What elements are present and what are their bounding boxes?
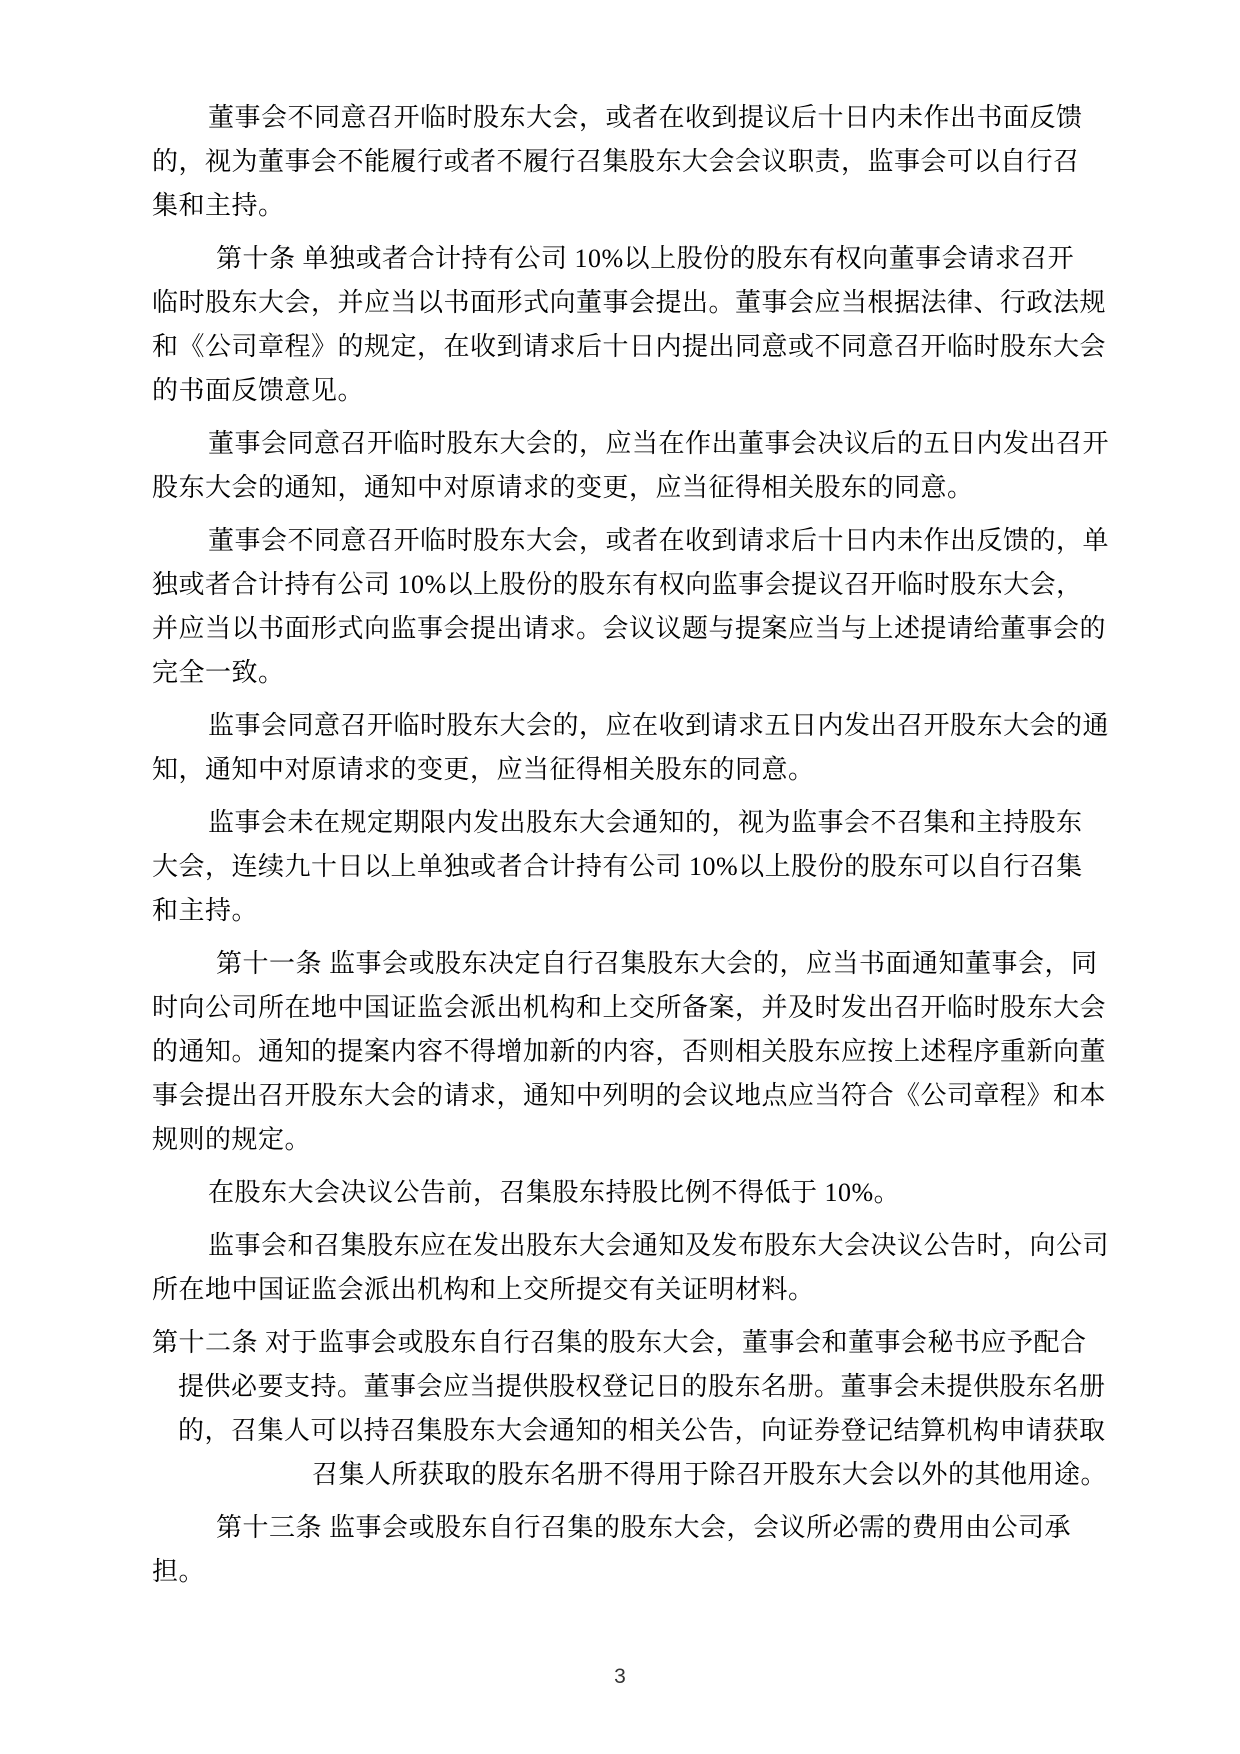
text-line: 担。 [152, 1550, 1096, 1594]
para-board-refuses-shareholders-propose: 董事会不同意召开临时股东大会，或者在收到请求后十日内未作出反馈的，单独或者合计持… [152, 519, 1096, 695]
text-line: 召集人所获取的股东名册不得用于除召开股东大会以外的其他用途。 [152, 1453, 1096, 1497]
para-board-agrees-notice: 董事会同意召开临时股东大会的，应当在作出董事会决议后的五日内发出召开股东大会的通… [152, 422, 1096, 510]
text-line: 监事会和召集股东应在发出股东大会通知及发布股东大会决议公告时，向公司 [152, 1224, 1096, 1268]
para-supervisors-fail-shareholders-convene: 监事会未在规定期限内发出股东大会通知的，视为监事会不召集和主持股东大会，连续九十… [152, 801, 1096, 933]
text-line: 完全一致。 [152, 651, 1096, 695]
text-line: 事会提出召开股东大会的请求，通知中列明的会议地点应当符合《公司章程》和本 [152, 1074, 1096, 1118]
text-line: 并应当以书面形式向监事会提出请求。会议议题与提案应当与上述提请给董事会的 [152, 607, 1096, 651]
para-clause-13: 第十三条 监事会或股东自行召集的股东大会，会议所必需的费用由公司承担。 [152, 1506, 1096, 1594]
para-clause-11: 第十一条 监事会或股东决定自行召集股东大会的，应当书面通知董事会，同时向公司所在… [152, 942, 1096, 1162]
text-line: 和《公司章程》的规定，在收到请求后十日内提出同意或不同意召开临时股东大会 [152, 325, 1096, 369]
text-line: 的，召集人可以持召集股东大会通知的相关公告，向证券登记结算机构申请获取 [152, 1409, 1096, 1453]
text-line: 的通知。通知的提案内容不得增加新的内容，否则相关股东应按上述程序重新向董 [152, 1030, 1096, 1074]
para-holding-ratio-before-announcement: 在股东大会决议公告前，召集股东持股比例不得低于 10%。 [152, 1171, 1096, 1215]
text-line: 第十二条 对于监事会或股东自行召集的股东大会，董事会和董事会秘书应予配合 [152, 1321, 1096, 1365]
text-line: 的书面反馈意见。 [152, 369, 1096, 413]
para-board-refusal-supervisors-convene: 董事会不同意召开临时股东大会，或者在收到提议后十日内未作出书面反馈的，视为董事会… [152, 96, 1096, 228]
text-line: 知，通知中对原请求的变更，应当征得相关股东的同意。 [152, 748, 1096, 792]
text-line: 独或者合计持有公司 10%以上股份的股东有权向监事会提议召开临时股东大会， [152, 563, 1096, 607]
para-submit-proof-materials: 监事会和召集股东应在发出股东大会通知及发布股东大会决议公告时，向公司所在地中国证… [152, 1224, 1096, 1312]
text-line: 第十条 单独或者合计持有公司 10%以上股份的股东有权向董事会请求召开 [152, 237, 1096, 281]
text-line: 董事会同意召开临时股东大会的，应当在作出董事会决议后的五日内发出召开 [152, 422, 1096, 466]
text-line: 规则的规定。 [152, 1118, 1096, 1162]
text-line: 监事会同意召开临时股东大会的，应在收到请求五日内发出召开股东大会的通 [152, 704, 1096, 748]
text-line: 大会，连续九十日以上单独或者合计持有公司 10%以上股份的股东可以自行召集 [152, 845, 1096, 889]
text-line: 时向公司所在地中国证监会派出机构和上交所备案，并及时发出召开临时股东大会 [152, 986, 1096, 1030]
text-line: 第十一条 监事会或股东决定自行召集股东大会的，应当书面通知董事会，同 [152, 942, 1096, 986]
text-line: 在股东大会决议公告前，召集股东持股比例不得低于 10%。 [152, 1171, 1096, 1215]
document-body: 董事会不同意召开临时股东大会，或者在收到提议后十日内未作出书面反馈的，视为董事会… [152, 96, 1096, 1594]
text-line: 第十三条 监事会或股东自行召集的股东大会，会议所必需的费用由公司承 [152, 1506, 1096, 1550]
text-line: 所在地中国证监会派出机构和上交所提交有关证明材料。 [152, 1268, 1096, 1312]
text-line: 和主持。 [152, 889, 1096, 933]
text-line: 的，视为董事会不能履行或者不履行召集股东大会会议职责，监事会可以自行召 [152, 140, 1096, 184]
page-number: 3 [614, 1665, 626, 1688]
text-line: 提供必要支持。董事会应当提供股权登记日的股东名册。董事会未提供股东名册 [152, 1365, 1096, 1409]
text-line: 董事会不同意召开临时股东大会，或者在收到请求后十日内未作出反馈的，单 [152, 519, 1096, 563]
para-supervisors-agree-notice: 监事会同意召开临时股东大会的，应在收到请求五日内发出召开股东大会的通知，通知中对… [152, 704, 1096, 792]
document-page: 董事会不同意召开临时股东大会，或者在收到提议后十日内未作出书面反馈的，视为董事会… [0, 0, 1240, 1754]
text-line: 临时股东大会，并应当以书面形式向董事会提出。董事会应当根据法律、行政法规 [152, 281, 1096, 325]
text-line: 集和主持。 [152, 184, 1096, 228]
para-clause-10: 第十条 单独或者合计持有公司 10%以上股份的股东有权向董事会请求召开临时股东大… [152, 237, 1096, 413]
page-footer: 3 [0, 1662, 1240, 1692]
para-clause-12: 第十二条 对于监事会或股东自行召集的股东大会，董事会和董事会秘书应予配合提供必要… [152, 1321, 1096, 1497]
text-line: 监事会未在规定期限内发出股东大会通知的，视为监事会不召集和主持股东 [152, 801, 1096, 845]
text-line: 董事会不同意召开临时股东大会，或者在收到提议后十日内未作出书面反馈 [152, 96, 1096, 140]
text-line: 股东大会的通知，通知中对原请求的变更，应当征得相关股东的同意。 [152, 466, 1096, 510]
